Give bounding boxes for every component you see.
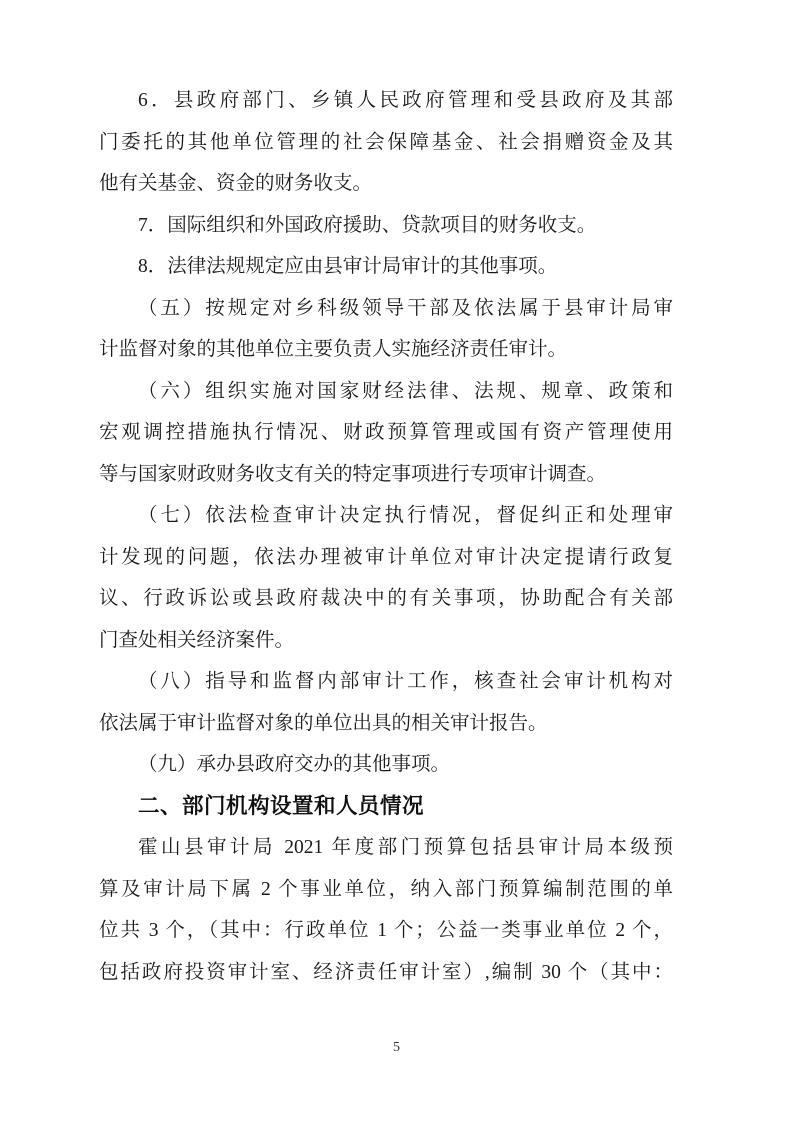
page-content: 6．县政府部门、乡镇人民政府管理和受县政府及其部门委托的其他单位管理的社会保障基…: [99, 80, 673, 993]
text-line: 霍山县审计局 2021 年度部门预算包括县审计局本级预: [99, 827, 673, 869]
text-line: 算及审计局下属 2 个事业单位，纳入部门预算编制范围的单: [99, 869, 673, 911]
text-line: 包括政府投资审计室、经济责任审计室）,编制 30 个（其中：: [99, 952, 673, 994]
text-line: 8．法律法规规定应由县审计局审计的其他事项。: [99, 246, 673, 288]
text-line: 议、行政诉讼或县政府裁决中的有关事项，协助配合有关部: [99, 578, 673, 620]
text-line: 计监督对象的其他单位主要负责人实施经济责任审计。: [99, 329, 673, 371]
text-line: （八）指导和监督内部审计工作，核查社会审计机构对: [99, 661, 673, 703]
page-number: 5: [0, 1039, 793, 1057]
text-line: 等与国家财政财务收支有关的特定事项进行专项审计调查。: [99, 454, 673, 496]
text-line: 计发现的问题，依法办理被审计单位对审计决定提请行政复: [99, 537, 673, 579]
text-line: （六）组织实施对国家财经法律、法规、规章、政策和: [99, 371, 673, 413]
text-line: 门查处相关经济案件。: [99, 620, 673, 662]
text-line: （五）按规定对乡科级领导干部及依法属于县审计局审: [99, 288, 673, 330]
text-line: 依法属于审计监督对象的单位出具的相关审计报告。: [99, 703, 673, 745]
text-line: 他有关基金、资金的财务收支。: [99, 163, 673, 205]
text-line: 门委托的其他单位管理的社会保障基金、社会捐赠资金及其: [99, 122, 673, 164]
text-line: （九）承办县政府交办的其他事项。: [99, 744, 673, 786]
section-heading: 二、部门机构设置和人员情况: [99, 786, 673, 828]
text-line: 7．国际组织和外国政府援助、贷款项目的财务收支。: [99, 205, 673, 247]
text-line: 6．县政府部门、乡镇人民政府管理和受县政府及其部: [99, 80, 673, 122]
text-line: 位共 3 个，（其中：行政单位 1 个；公益一类事业单位 2 个，: [99, 910, 673, 952]
text-line: 宏观调控措施执行情况、财政预算管理或国有资产管理使用: [99, 412, 673, 454]
document-page: 6．县政府部门、乡镇人民政府管理和受县政府及其部门委托的其他单位管理的社会保障基…: [0, 0, 793, 1122]
text-line: （七）依法检查审计决定执行情况，督促纠正和处理审: [99, 495, 673, 537]
